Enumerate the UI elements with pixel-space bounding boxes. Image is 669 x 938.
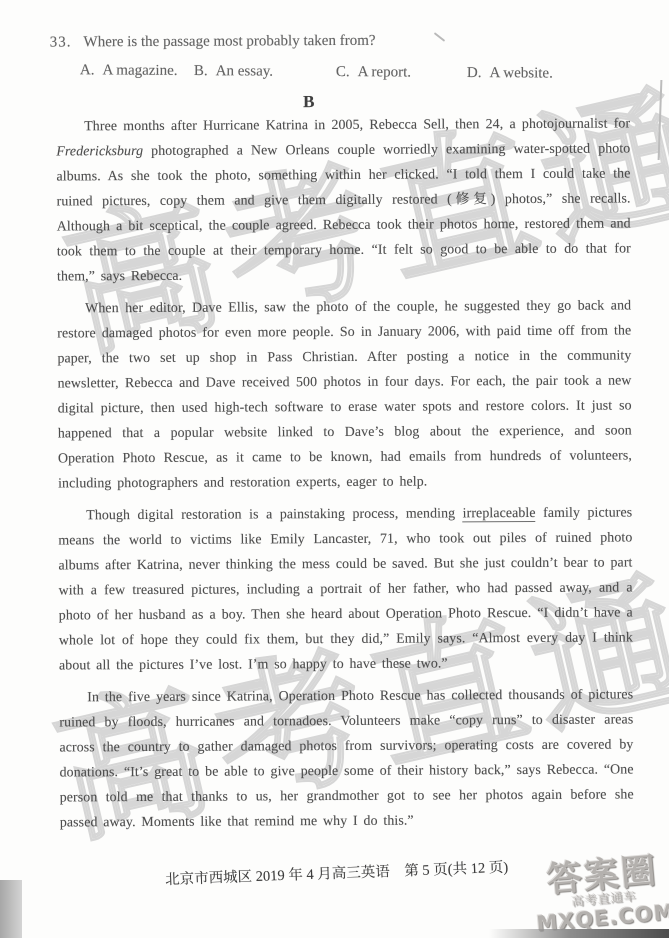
option-c: C.A report. — [336, 64, 411, 82]
option-d: D.A website. — [467, 65, 553, 83]
bottom-scan-shadow — [489, 929, 669, 938]
reading-passage: Three months after Hurricane Katrina in … — [56, 111, 634, 842]
passage-paragraph-4: In the five years since Katrina, Operati… — [59, 682, 634, 835]
option-a-text: A magazine. — [102, 62, 177, 79]
passage-paragraph-3: Though digital restoration is a painstak… — [58, 500, 633, 678]
option-c-label: C. — [336, 64, 350, 80]
passage-paragraph-1: Three months after Hurricane Katrina in … — [56, 111, 631, 289]
p2-text: When her editor, Dave Ellis, saw the pho… — [57, 298, 632, 491]
option-a-label: A. — [80, 62, 95, 78]
exam-sheet: 33.Where is the passage most probably ta… — [0, 0, 669, 938]
passage-paragraph-2: When her editor, Dave Ellis, saw the pho… — [57, 293, 632, 496]
question-33: 33.Where is the passage most probably ta… — [50, 33, 376, 52]
option-b-text: An essay. — [216, 63, 273, 79]
section-heading-b: B — [303, 92, 314, 112]
option-b-label: B. — [194, 63, 208, 79]
p3-text-pre: Though digital restoration is a painstak… — [86, 506, 462, 523]
options-row: A.A magazine. B.An essay. C.A report. D.… — [0, 62, 667, 87]
p1-italic-fredericksburg: Fredericksburg — [56, 144, 143, 159]
option-d-text: A website. — [489, 65, 552, 81]
option-d-label: D. — [467, 65, 482, 81]
p4-text: In the five years since Katrina, Operati… — [59, 687, 633, 830]
question-text: Where is the passage most probably taken… — [83, 33, 375, 51]
p3-underlined-word: irreplaceable — [463, 506, 536, 522]
scanned-exam-page: { "page": { "question": { "number": "33.… — [0, 0, 669, 938]
bottom-left-scan-strip — [0, 880, 22, 938]
option-c-text: A report. — [358, 64, 411, 80]
corner-site-logo: 答案圈 高考直通车 MXQE.COM — [526, 853, 669, 937]
option-a: A.A magazine. — [80, 62, 178, 80]
p1-text-post: photographed a New Orleans couple worrie… — [56, 141, 630, 284]
p3-text-post: family pictures means the world to victi… — [58, 505, 633, 673]
p1-text-pre: Three months after Hurricane Katrina in … — [84, 116, 630, 134]
option-b: B.An essay. — [194, 63, 273, 81]
question-number: 33. — [50, 34, 72, 50]
